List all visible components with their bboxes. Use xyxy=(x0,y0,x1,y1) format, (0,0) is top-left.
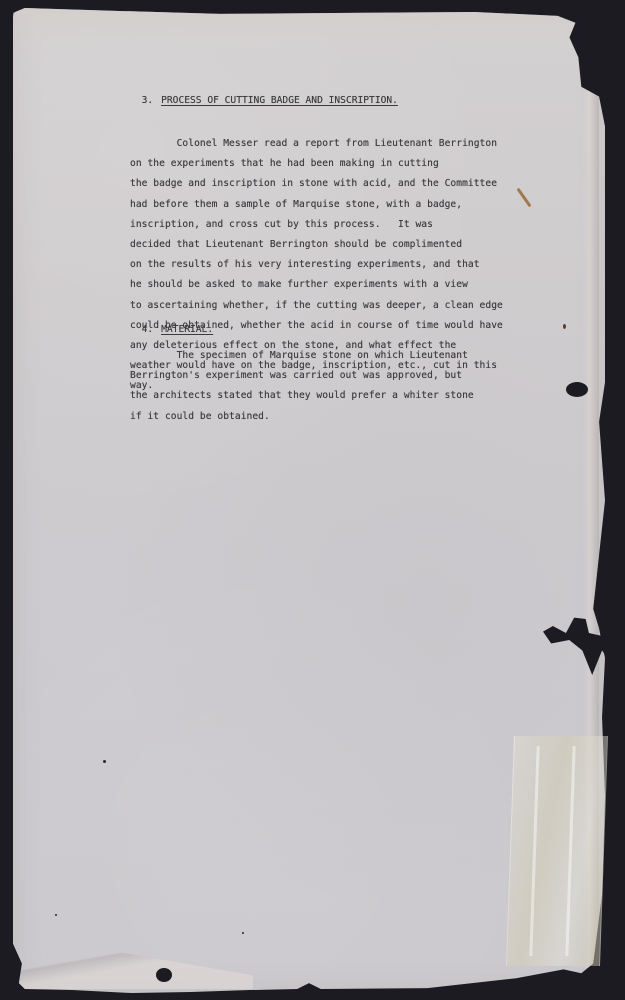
bottom-edge-notch xyxy=(156,968,172,982)
section-4-paragraph: The specimen of Marquise stone on which … xyxy=(130,341,474,432)
paragraph-line: inscription, and cross cut by this proce… xyxy=(130,220,503,230)
paper-bottom-fold xyxy=(13,934,253,989)
paragraph-line: the architects stated that they would pr… xyxy=(130,391,474,401)
paragraph-line: he should be asked to make further exper… xyxy=(130,280,503,290)
ink-speck xyxy=(242,932,244,934)
paragraph-line: Berrington's experiment was carried out … xyxy=(130,371,474,381)
section-title: MATERIAL. xyxy=(161,324,213,335)
paragraph-line: if it could be obtained. xyxy=(130,412,474,422)
section-3-heading: 3.PROCESS OF CUTTING BADGE AND INSCRIPTI… xyxy=(130,86,398,106)
paragraph-line: on the results of his very interesting e… xyxy=(130,260,503,270)
paragraph-line: the badge and inscription in stone with … xyxy=(130,179,503,189)
paragraph-line: Colonel Messer read a report from Lieute… xyxy=(130,139,503,149)
paragraph-line: had before them a sample of Marquise sto… xyxy=(130,200,503,210)
ink-speck xyxy=(103,760,106,763)
section-4-heading: 4.MATERIAL. xyxy=(130,315,213,335)
paper-top-discoloration xyxy=(13,8,605,48)
paragraph-line: on the experiments that he had been maki… xyxy=(130,159,503,169)
ink-speck xyxy=(563,324,566,329)
edge-hole xyxy=(566,382,588,397)
paragraph-line: decided that Lieutenant Berrington shoul… xyxy=(130,240,503,250)
paragraph-line: to ascertaining whether, if the cutting … xyxy=(130,301,503,311)
paragraph-line: The specimen of Marquise stone on which … xyxy=(130,351,474,361)
section-number: 4. xyxy=(142,324,154,335)
ink-speck xyxy=(55,914,57,916)
section-title: PROCESS OF CUTTING BADGE AND INSCRIPTION… xyxy=(161,95,398,106)
repair-tape xyxy=(506,736,608,966)
section-number: 3. xyxy=(142,95,154,106)
